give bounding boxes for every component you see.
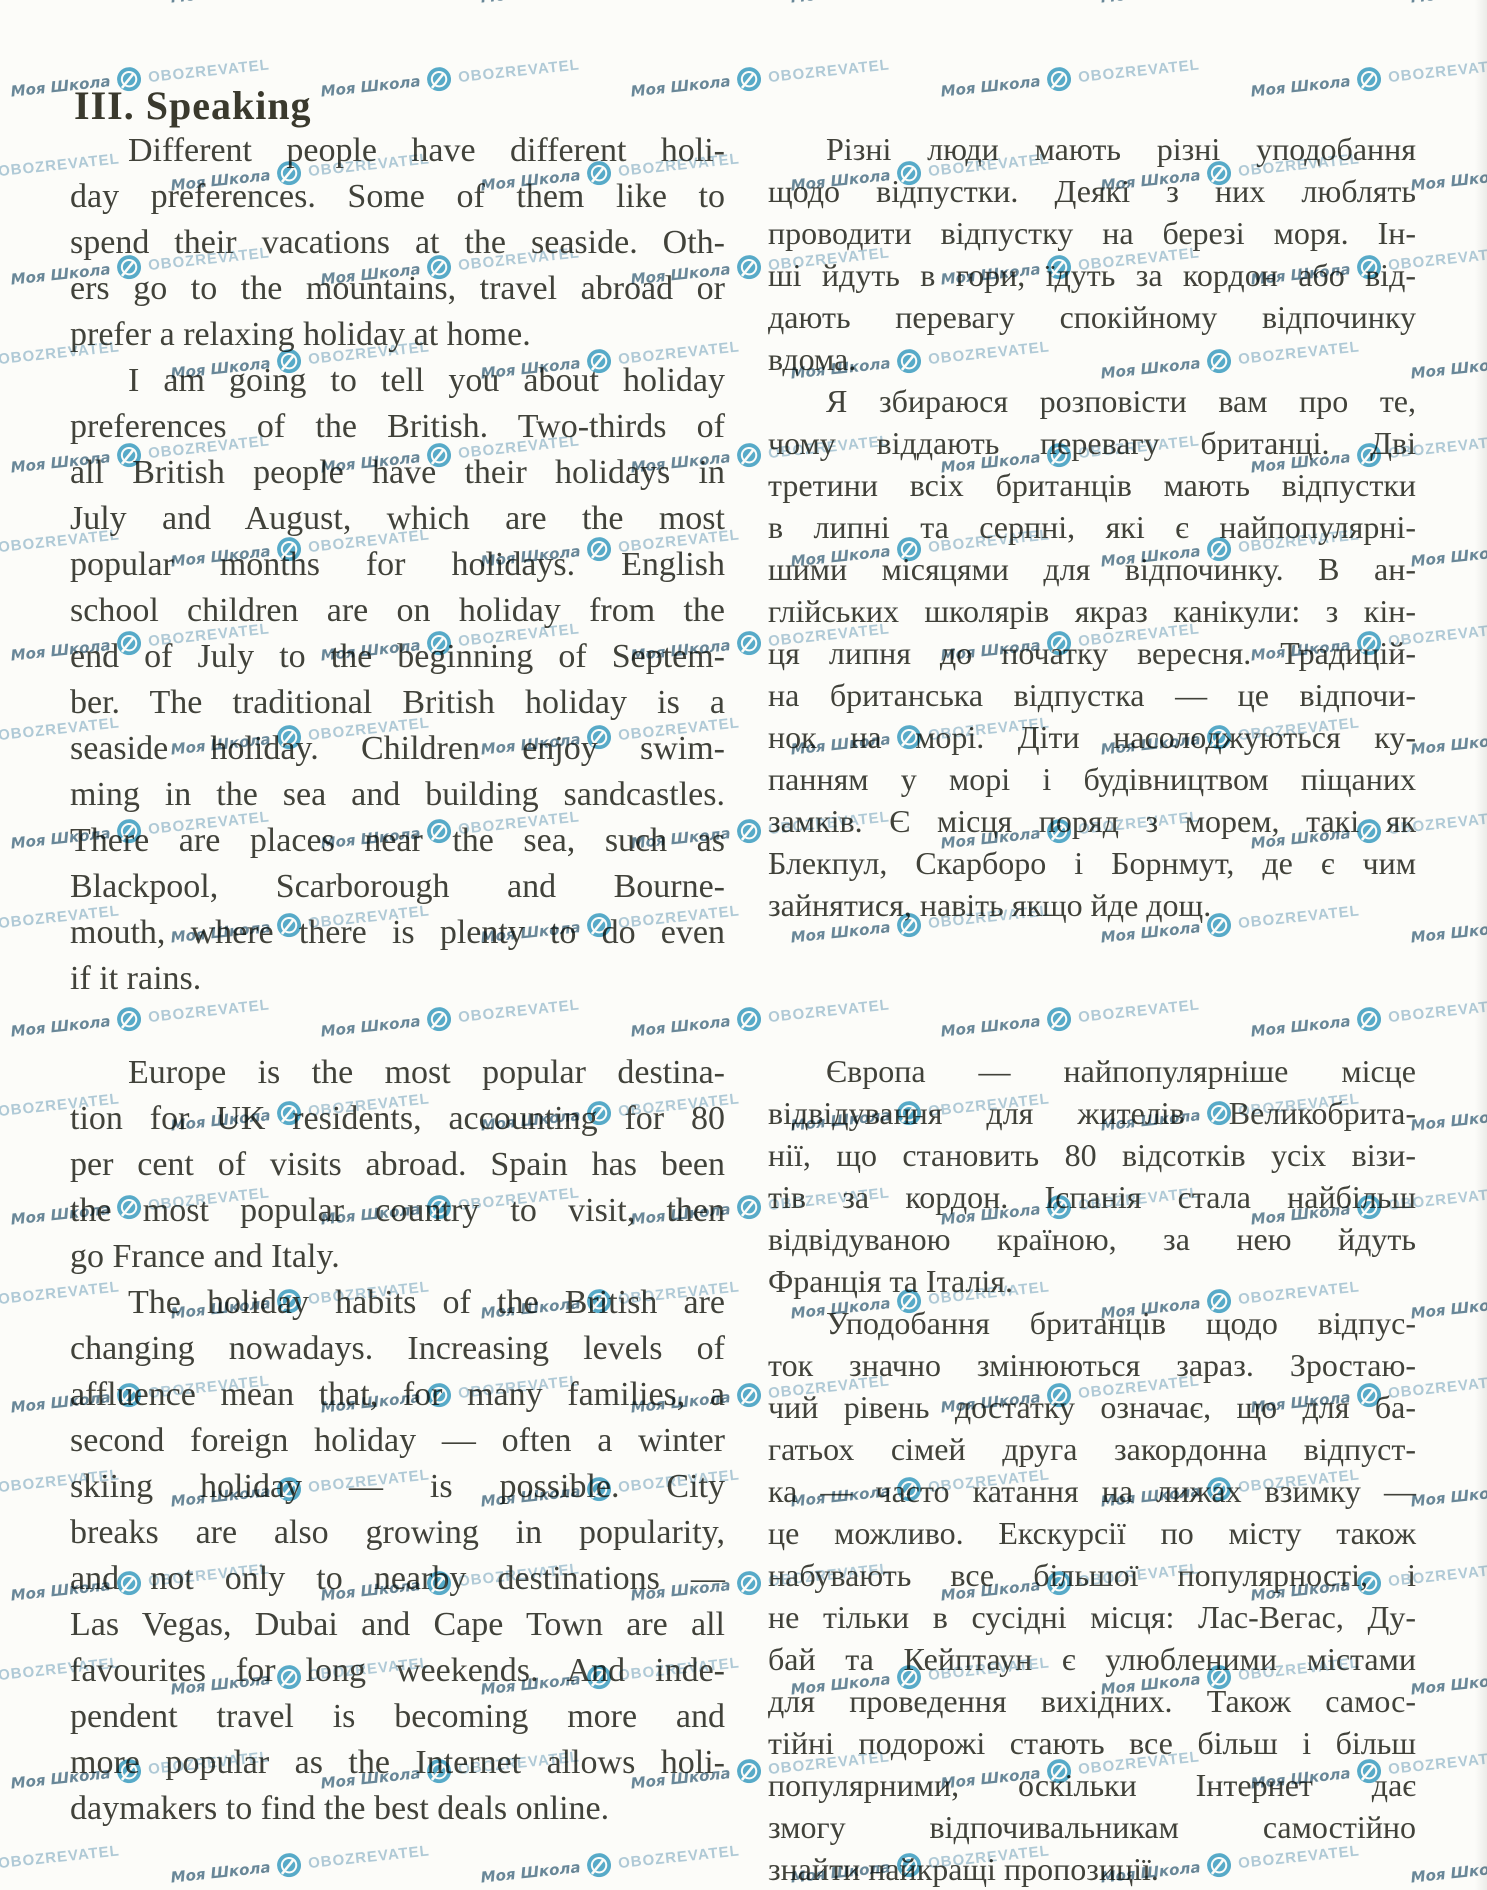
text-line: the most popular country to visit, then	[70, 1188, 725, 1234]
text-line: нок на морі. Діти насолоджуються ку-	[768, 716, 1416, 758]
text-line: ток значно змінюються зараз. Зростаю-	[768, 1344, 1416, 1386]
text-line: популярними, оскільки Інтернет дає	[768, 1764, 1416, 1806]
text-line: відвідування для жителів Великобрита-	[768, 1092, 1416, 1134]
text-line: per cent of visits abroad. Spain has bee…	[70, 1142, 725, 1188]
text-line: school children are on holiday from the	[70, 588, 725, 634]
paragraph: I am going to tell you about holidaypref…	[70, 358, 725, 1002]
text-line: тійні подорожі стають все більш і більш	[768, 1722, 1416, 1764]
text-line: seaside holiday. Children enjoy swim-	[70, 726, 725, 772]
text-line: третини всіх британців мають відпустки	[768, 464, 1416, 506]
text-line: preferences of the British. Two-thirds o…	[70, 404, 725, 450]
text-line: favourites for long weekends. And inde-	[70, 1648, 725, 1694]
text-line: знайти найкращі пропозиції.	[768, 1848, 1416, 1890]
scanned-textbook-page: III. Speaking Different people have diff…	[0, 0, 1487, 1890]
text-line: чому віддають перевагу британці. Дві	[768, 422, 1416, 464]
text-line: ber. The traditional British holiday is …	[70, 680, 725, 726]
text-line: more popular as the Internet allows holi…	[70, 1740, 725, 1786]
text-line: не тільки в сусідні місця: Лас-Вегас, Ду…	[768, 1596, 1416, 1638]
column-section: Europe is the most popular destina-tion …	[70, 1050, 725, 1832]
text-line: відвідуваною країною, за нею йдуть	[768, 1218, 1416, 1260]
text-line: Європа — найпопулярніше місце	[768, 1050, 1416, 1092]
text-line: The holiday habits of the British are	[70, 1280, 725, 1326]
text-line: дають перевагу спокійному відпочинку	[768, 296, 1416, 338]
text-line: в липні та серпні, які є найпопулярні-	[768, 506, 1416, 548]
text-line: I am going to tell you about holiday	[70, 358, 725, 404]
paragraph: Europe is the most popular destina-tion …	[70, 1050, 725, 1280]
text-line: щодо відпустки. Деякі з них люблять	[768, 170, 1416, 212]
text-line: тів за кордон. Іспанія стала найбільш	[768, 1176, 1416, 1218]
text-line: Europe is the most popular destina-	[70, 1050, 725, 1096]
text-line: бай та Кейптаун є улюбленими містами	[768, 1638, 1416, 1680]
text-line: замків. Є місця поряд з морем, такі як	[768, 800, 1416, 842]
text-line: гатьох сімей друга закордонна відпуст-	[768, 1428, 1416, 1470]
text-line: and not only to nearby destinations —	[70, 1556, 725, 1602]
text-line: tion for UK residents, accounting for 80	[70, 1096, 725, 1142]
text-line: набувають все більшої популярності, і	[768, 1554, 1416, 1596]
text-line: чий рівень достатку означає, що для ба-	[768, 1386, 1416, 1428]
text-line: breaks are also growing in popularity,	[70, 1510, 725, 1556]
text-line: go France and Italy.	[70, 1234, 725, 1280]
section-heading: III. Speaking	[74, 82, 312, 129]
text-line: July and August, which are the most	[70, 496, 725, 542]
text-line: all British people have their holidays i…	[70, 450, 725, 496]
text-line: prefer a relaxing holiday at home.	[70, 312, 725, 358]
text-line: Different people have different holi-	[70, 128, 725, 174]
text-line: вдома.	[768, 338, 1416, 380]
text-line: на британська відпустка — це відпочи-	[768, 674, 1416, 716]
text-line: Блекпул, Скарборо і Борнмут, де є чим	[768, 842, 1416, 884]
english-column: Different people have different holi-day…	[70, 128, 725, 1832]
paragraph: Different people have different holi-day…	[70, 128, 725, 358]
text-line: ка — часто катання на лижах взимку —	[768, 1470, 1416, 1512]
text-line: для проведення вихідних. Також самос-	[768, 1680, 1416, 1722]
text-line: spend their vacations at the seaside. Ot…	[70, 220, 725, 266]
text-line: if it rains.	[70, 956, 725, 1002]
text-line: ming in the sea and building sandcastles…	[70, 772, 725, 818]
text-line: There are places near the sea, such as	[70, 818, 725, 864]
text-line: Las Vegas, Dubai and Cape Town are all	[70, 1602, 725, 1648]
text-line: ші йдуть в гори, їдуть за кордон або від…	[768, 254, 1416, 296]
text-line: popular months for holidays. English	[70, 542, 725, 588]
text-line: changing nowadays. Increasing levels of	[70, 1326, 725, 1372]
text-line: проводити відпустку на березі моря. Ін-	[768, 212, 1416, 254]
paragraph: Європа — найпопулярніше місцевідвідуванн…	[768, 1050, 1416, 1302]
paragraph: Уподобання британців щодо відпус-ток зна…	[768, 1302, 1416, 1890]
text-line: affluence mean that, for many families, …	[70, 1372, 725, 1418]
text-line: mouth, where there is plenty to do even	[70, 910, 725, 956]
text-line: це можливо. Екскурсії по місту також	[768, 1512, 1416, 1554]
page-text-layer: III. Speaking Different people have diff…	[0, 0, 1487, 1890]
column-section: Різні люди мають різні уподобаннящодо ві…	[768, 128, 1416, 926]
text-line: шими місяцями для відпочинку. В ан-	[768, 548, 1416, 590]
text-line: Уподобання британців щодо відпус-	[768, 1302, 1416, 1344]
text-line: змогу відпочивальникам самостійно	[768, 1806, 1416, 1848]
column-section: Different people have different holi-day…	[70, 128, 725, 1002]
text-line: нії, що становить 80 відсотків усіх візи…	[768, 1134, 1416, 1176]
text-line: Різні люди мають різні уподобання	[768, 128, 1416, 170]
text-line: daymakers to find the best deals online.	[70, 1786, 725, 1832]
ukrainian-column: Різні люди мають різні уподобаннящодо ві…	[768, 128, 1416, 1890]
text-line: Blackpool, Scarborough and Bourne-	[70, 864, 725, 910]
text-line: Я збираюся розповісти вам про те,	[768, 380, 1416, 422]
text-line: pendent travel is becoming more and	[70, 1694, 725, 1740]
paragraph: Я збираюся розповісти вам про те,чому ві…	[768, 380, 1416, 926]
text-line: Франція та Італія.	[768, 1260, 1416, 1302]
text-line: ця липня до початку вересня. Традицій-	[768, 632, 1416, 674]
column-section: Європа — найпопулярніше місцевідвідуванн…	[768, 1050, 1416, 1890]
text-line: зайнятися, навіть якщо йде дощ.	[768, 884, 1416, 926]
text-line: ers go to the mountains, travel abroad o…	[70, 266, 725, 312]
text-line: глійських школярів якраз канікули: з кін…	[768, 590, 1416, 632]
paragraph: Різні люди мають різні уподобаннящодо ві…	[768, 128, 1416, 380]
paragraph: The holiday habits of the British arecha…	[70, 1280, 725, 1832]
text-line: панням у морі і будівництвом піщаних	[768, 758, 1416, 800]
text-line: day preferences. Some of them like to	[70, 174, 725, 220]
text-line: skiing holiday — is possible. City	[70, 1464, 725, 1510]
text-line: second foreign holiday — often a winter	[70, 1418, 725, 1464]
text-line: end of July to the beginning of Septem-	[70, 634, 725, 680]
